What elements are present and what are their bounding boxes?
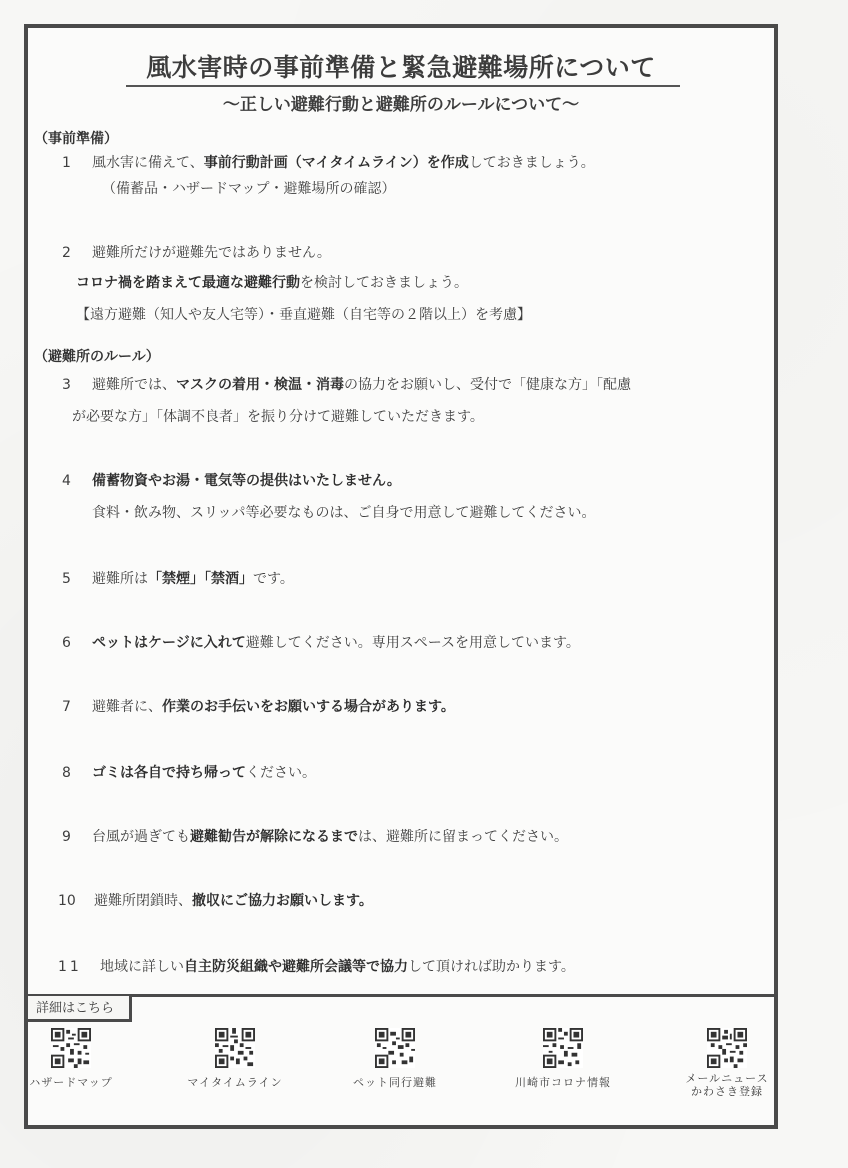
qr-pet-evacuation[interactable]: ペット同行避難	[330, 1028, 460, 1089]
list-item-2: 2避難所だけが避難先ではありません。	[62, 242, 331, 262]
item-text-bold: 撤収にご協力お願いします。	[192, 893, 373, 909]
list-item-11: 11地域に詳しい自主防災組織や避難所会議等で協力して頂ければ助かります。	[58, 956, 575, 976]
item-number: 5	[62, 571, 92, 587]
item-text: して頂ければ助かります。	[408, 959, 575, 975]
item-number: 10	[58, 893, 94, 909]
item-text: は、避難所に留まってください。	[358, 829, 568, 845]
item-text: 避難してください。専用スペースを用意しています。	[246, 635, 580, 651]
list-item-1: 1風水害に備えて、事前行動計画（マイタイムライン）を作成しておきましょう。	[62, 152, 595, 172]
qr-my-timeline[interactable]: マイタイムライン	[170, 1028, 300, 1089]
list-item-4-line-2: 食料・飲み物、スリッパ等必要なものは、ご自身で用意して避難してください。	[92, 502, 595, 522]
item-text: ください。	[246, 765, 316, 781]
item-text: しておきましょう。	[469, 155, 595, 171]
item-number: 7	[62, 699, 92, 715]
document-subtitle: ～正しい避難行動と避難所のルールについて～	[28, 90, 774, 115]
item-text: 避難所は	[92, 571, 148, 587]
item-text-bold: 避難勧告が解除になるまで	[190, 829, 358, 845]
item-text: 台風が過ぎても	[92, 829, 190, 845]
item-text-bold: 作業のお手伝いをお願いする場合があります。	[162, 699, 455, 715]
item-text: 避難所だけが避難先ではありません。	[92, 245, 331, 261]
item-text: 避難所では、	[92, 377, 176, 393]
item-text-bold: マスクの着用・検温・消毒	[176, 377, 344, 393]
qr-code-icon[interactable]	[707, 1028, 747, 1068]
item-text-bold: ゴミは各自で持ち帰って	[92, 765, 246, 781]
item-text: 避難者に、	[92, 699, 162, 715]
list-item-3-line-2: が必要な方」「体調不良者」を振り分けて避難していただきます。	[72, 406, 484, 426]
item-number: 4	[62, 473, 92, 489]
list-item-4: 4備蓄物資やお湯・電気等の提供はいたしません。	[62, 470, 401, 490]
item-text-bold: 事前行動計画（マイタイムライン）を作成	[204, 155, 469, 171]
qr-label: マイタイムライン	[170, 1076, 300, 1089]
list-item-8: 8ゴミは各自で持ち帰ってください。	[62, 762, 316, 782]
qr-code-icon[interactable]	[51, 1028, 91, 1068]
list-item-2-line-3: 【遠方避難（知人や友人宅等）・垂直避難（自宅等の２階以上）を考慮】	[76, 304, 531, 324]
item-number: 3	[62, 377, 92, 393]
item-text: 避難所閉鎖時、	[94, 893, 192, 909]
section-heading-preparation: （事前準備）	[34, 128, 118, 148]
item-text-bold: 備蓄物資やお湯・電気等の提供はいたしません。	[92, 473, 401, 489]
section-heading-shelter-rules: （避難所のルール）	[34, 346, 160, 366]
qr-label: ハザードマップ	[6, 1076, 136, 1089]
item-text: が必要な方」「体調不良者」を振り分けて避難していただきます。	[72, 409, 484, 425]
details-heading: 詳細はこちら	[28, 996, 132, 1022]
title-underline	[126, 85, 680, 87]
qr-code-icon[interactable]	[215, 1028, 255, 1068]
item-number: 1	[62, 155, 92, 171]
list-item-10: 10避難所閉鎖時、撤収にご協力お願いします。	[58, 890, 373, 910]
item-text: 食料・飲み物、スリッパ等必要なものは、ご自身で用意して避難してください。	[92, 505, 595, 521]
qr-code-icon[interactable]	[375, 1028, 415, 1068]
footer-divider	[28, 994, 774, 997]
list-item-3: 3避難所では、マスクの着用・検温・消毒の協力をお願いし、受付で「健康な方」「配慮	[62, 374, 631, 394]
qr-label-line-2: かわさき登録	[662, 1085, 792, 1098]
item-number: 9	[62, 829, 92, 845]
list-item-2-line-2: コロナ禍を踏まえて最適な避難行動を検討しておきましょう。	[76, 272, 468, 292]
item-text-bold: コロナ禍を踏まえて最適な避難行動	[76, 275, 300, 291]
item-number: 11	[58, 959, 100, 975]
list-item-7: 7避難者に、作業のお手伝いをお願いする場合があります。	[62, 696, 455, 716]
item-number: 6	[62, 635, 92, 651]
item-text: を検討しておきましょう。	[300, 275, 468, 291]
qr-label: 川崎市コロナ情報	[498, 1076, 628, 1089]
qr-label: ペット同行避難	[330, 1076, 460, 1089]
item-text-bold: 「禁煙」「禁酒」	[148, 571, 253, 587]
item-text-bold: ペットはケージに入れて	[92, 635, 246, 651]
item-text: の協力をお願いし、受付で「健康な方」「配慮	[344, 377, 631, 393]
item-text: 地域に詳しい	[100, 959, 184, 975]
list-item-5: 5避難所は「禁煙」「禁酒」です。	[62, 568, 294, 588]
list-item-6: 6ペットはケージに入れて避難してください。専用スペースを用意しています。	[62, 632, 580, 652]
item-number: 2	[62, 245, 92, 261]
document-title: 風水害時の事前準備と緊急避難場所について	[28, 48, 774, 84]
qr-code-icon[interactable]	[543, 1028, 583, 1068]
qr-mail-news-kawasaki[interactable]: メールニュース かわさき登録	[662, 1028, 792, 1098]
qr-hazard-map[interactable]: ハザードマップ	[6, 1028, 136, 1089]
item-text-bold: 自主防災組織や避難所会議等で協力	[184, 959, 408, 975]
document-frame: 風水害時の事前準備と緊急避難場所について ～正しい避難行動と避難所のルールについ…	[24, 24, 778, 1129]
list-item-1-line-2: （備蓄品・ハザードマップ・避難場所の確認）	[102, 178, 395, 198]
qr-kawasaki-corona[interactable]: 川崎市コロナ情報	[498, 1028, 628, 1089]
list-item-9: 9台風が過ぎても避難勧告が解除になるまでは、避難所に留まってください。	[62, 826, 568, 846]
item-text: です。	[253, 571, 294, 587]
item-text: 風水害に備えて、	[92, 155, 204, 171]
item-text: （備蓄品・ハザードマップ・避難場所の確認）	[102, 181, 395, 197]
item-number: 8	[62, 765, 92, 781]
qr-label-line-1: メールニュース	[662, 1072, 792, 1085]
item-text: 【遠方避難（知人や友人宅等）・垂直避難（自宅等の２階以上）を考慮】	[76, 307, 531, 323]
